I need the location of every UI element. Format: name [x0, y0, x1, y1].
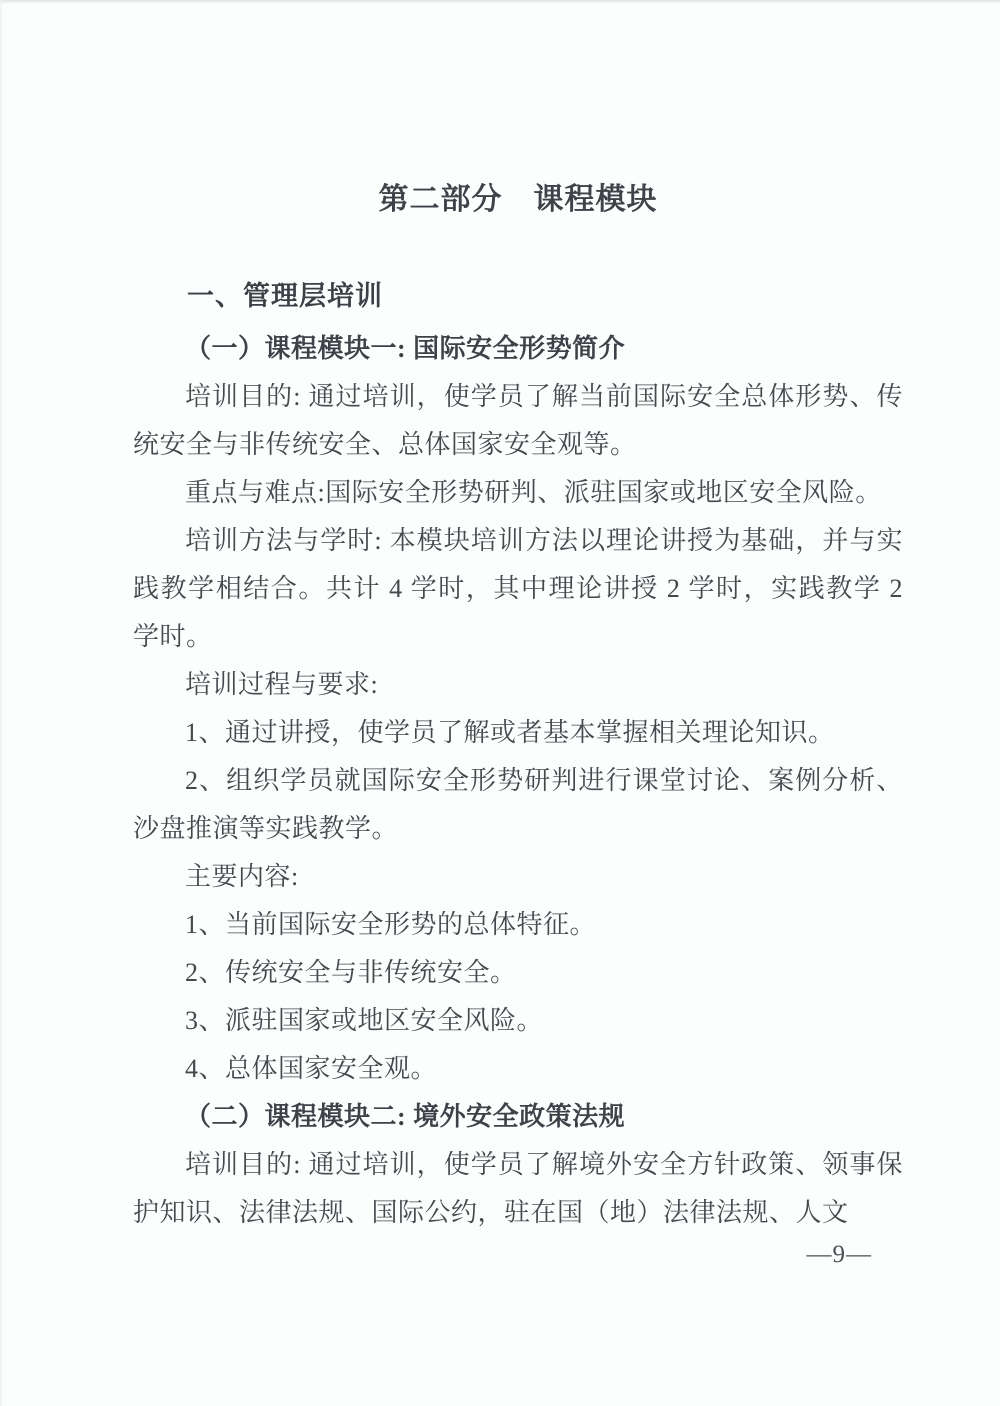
- section-heading: 一、管理层培训: [133, 272, 903, 320]
- module-subheading: （一）课程模块一: 国际安全形势简介: [133, 325, 903, 373]
- paragraph: 3、派驻国家或地区安全风险。: [133, 997, 903, 1045]
- paragraph: 2、组织学员就国际安全形势研判进行课堂讨论、案例分析、沙盘推演等实践教学。: [133, 757, 903, 853]
- document-page: 第二部分 课程模块 一、管理层培训（一）课程模块一: 国际安全形势简介培训目的:…: [0, 0, 1000, 1406]
- paragraph: 主要内容:: [133, 853, 903, 901]
- document-content: 第二部分 课程模块 一、管理层培训（一）课程模块一: 国际安全形势简介培训目的:…: [0, 0, 1000, 1237]
- paragraph: 重点与难点:国际安全形势研判、派驻国家或地区安全风险。: [133, 469, 903, 517]
- paragraph: 培训目的: 通过培训，使学员了解当前国际安全总体形势、传统安全与非传统安全、总体…: [133, 373, 903, 469]
- paragraph-list: 一、管理层培训（一）课程模块一: 国际安全形势简介培训目的: 通过培训，使学员了…: [133, 272, 903, 1237]
- document-title: 第二部分 课程模块: [133, 176, 903, 224]
- paragraph: 1、通过讲授，使学员了解或者基本掌握相关理论知识。: [133, 709, 903, 757]
- paragraph: 培训方法与学时: 本模块培训方法以理论讲授为基础，并与实践教学相结合。共计 4 …: [133, 517, 903, 661]
- paragraph: 培训过程与要求:: [133, 661, 903, 709]
- paragraph: 4、总体国家安全观。: [133, 1045, 903, 1093]
- module-subheading: （二）课程模块二: 境外安全政策法规: [133, 1093, 903, 1141]
- scan-artifact-left-edge: [0, 0, 3, 1406]
- scan-artifact-top-edge: [0, 0, 1000, 4]
- paragraph: 1、当前国际安全形势的总体特征。: [133, 901, 903, 949]
- paragraph: 培训目的: 通过培训，使学员了解境外安全方针政策、领事保护知识、法律法规、国际公…: [133, 1141, 903, 1237]
- page-number: —9—: [807, 1240, 873, 1270]
- paragraph: 2、传统安全与非传统安全。: [133, 949, 903, 997]
